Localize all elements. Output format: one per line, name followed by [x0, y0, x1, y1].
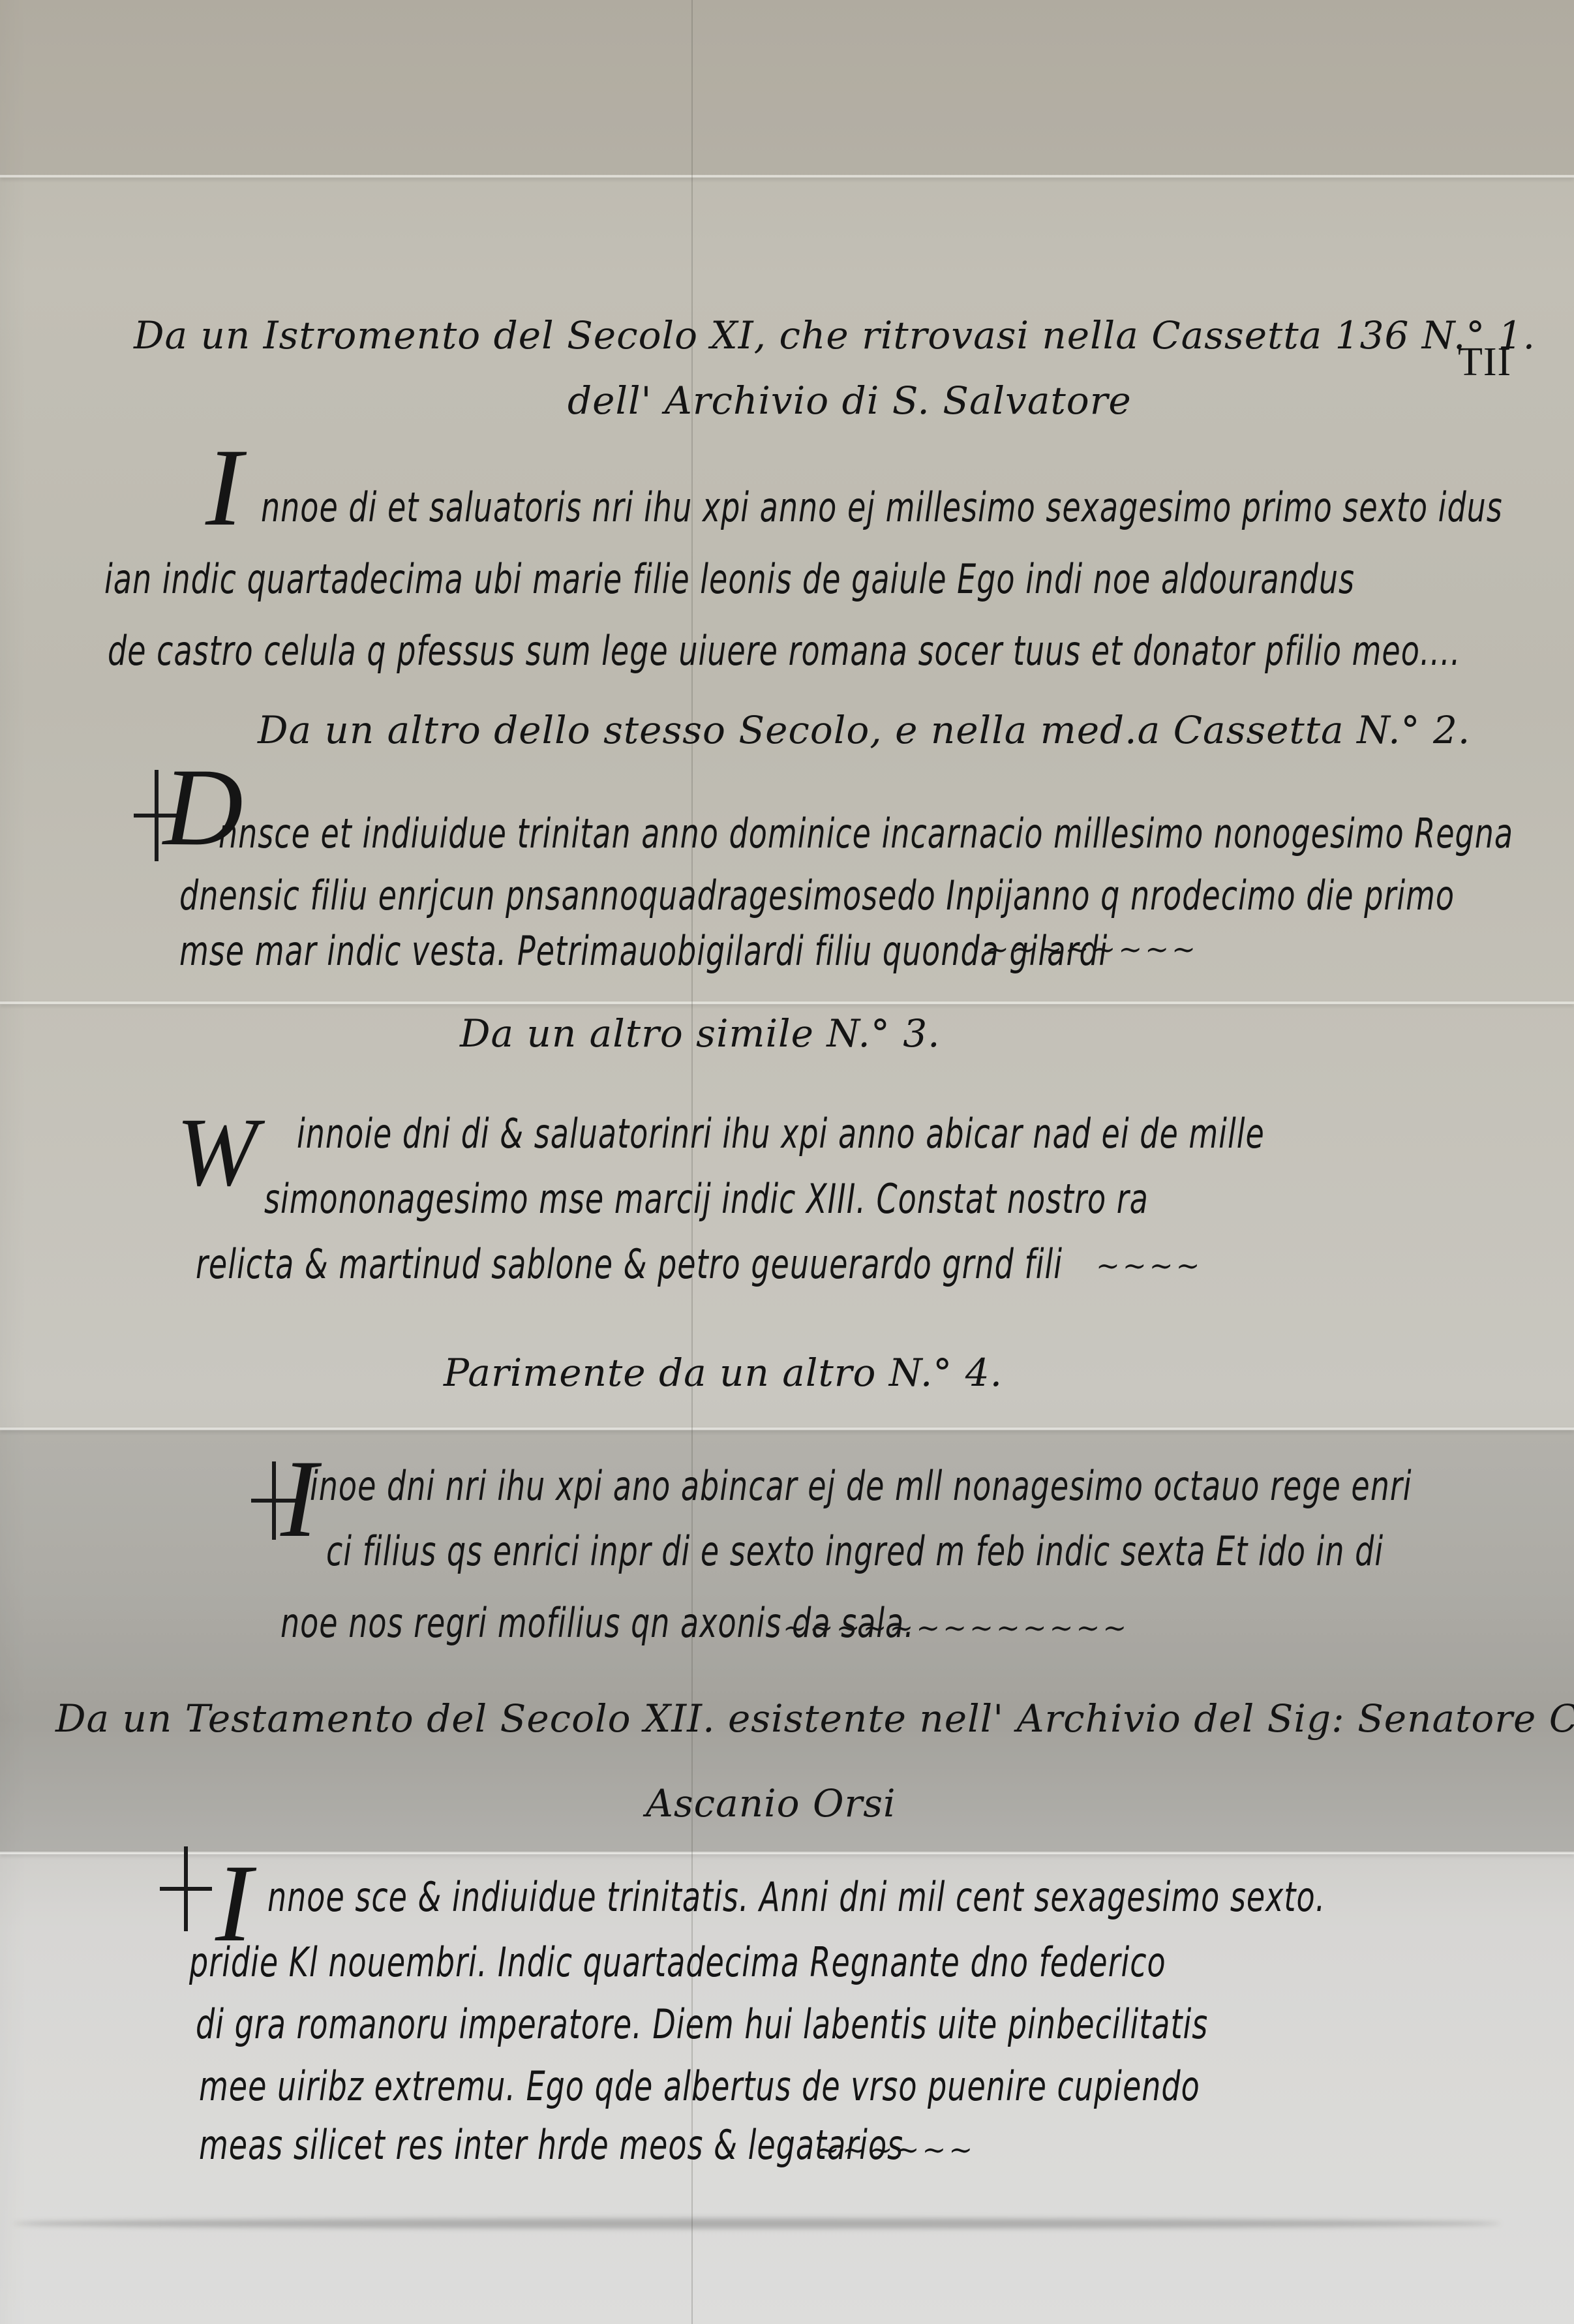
paper-edge-shadow — [13, 2218, 1500, 2229]
transcription-line: pridie Kl nouembri. Indic quartadecima R… — [189, 1938, 1166, 1986]
decorated-initial: W — [176, 1096, 258, 1208]
flourish-trail: ~~~~~~ — [815, 2133, 975, 2167]
flourish-trail: ~~~~~~~~~~~~~ — [783, 1612, 1129, 1645]
flourish-trail: ~~~~~~~~ — [985, 933, 1198, 966]
transcription-line: di gra romanoru imperatore. Diem hui lab… — [196, 2000, 1208, 2048]
transcription-line: nnoe sce & indiuidue trinitatis. Anni dn… — [267, 1873, 1325, 1921]
fold-line-1 — [0, 175, 1574, 177]
transcription-line: ian indic quartadecima ubi marie filie l… — [104, 555, 1355, 603]
section-heading: Da un Testamento del Secolo XII. esisten… — [55, 1696, 1574, 1741]
document-sheet: TII Da un Istromento del Secolo XI, che … — [0, 0, 1574, 2324]
transcription-line: nnoe di et saluatoris nri ihu xpi anno e… — [261, 483, 1503, 531]
section-subheading: Ascanio Orsi — [646, 1781, 896, 1826]
transcription-line: innoie dni di & saluatorinri ihu xpi ann… — [297, 1110, 1265, 1157]
transcription-line: mee uiribz extremu. Ego qde albertus de … — [199, 2062, 1200, 2110]
fold-panel-top — [0, 0, 1574, 176]
flourish-trail: ~~~~ — [1096, 1249, 1202, 1283]
cross-signum-icon — [160, 1846, 212, 1931]
illuminated-initial: I — [205, 424, 243, 551]
fold-line-2 — [0, 1001, 1574, 1004]
transcription-line: meas silicet res inter hrde meos & legat… — [199, 2121, 903, 2169]
transcription-line: nnsce et indiuidue trinitan anno dominic… — [219, 810, 1513, 857]
transcription-line: simononagesimo mse marcij indic XIII. Co… — [264, 1175, 1149, 1223]
section-heading: Da un altro simile N.° 3. — [460, 1011, 941, 1056]
transcription-line: de castro celula q pfessus sum lege uiue… — [108, 627, 1460, 675]
transcription-line: relicta & martinud sablone & petro geuue… — [196, 1240, 1063, 1288]
transcription-line: dnensic filiu enrjcun pnsannoquadragesim… — [179, 872, 1455, 919]
section-heading: Parimente da un altro N.° 4. — [444, 1351, 1003, 1395]
section-subheading: dell' Archivio di S. Salvatore — [568, 378, 1132, 423]
transcription-line: inoe dni nri ihu xpi ano abincar ej de m… — [310, 1462, 1412, 1510]
transcription-line: mse mar indic vesta. Petrimauobigilardi … — [179, 927, 1108, 975]
section-heading: Da un altro dello stesso Secolo, e nella… — [258, 708, 1470, 752]
transcription-line: ci filius qs enrici inpr di e sexto ingr… — [326, 1527, 1384, 1575]
fold-line-3 — [0, 1428, 1574, 1430]
section-heading: Da un Istromento del Secolo XI, che ritr… — [134, 313, 1536, 358]
